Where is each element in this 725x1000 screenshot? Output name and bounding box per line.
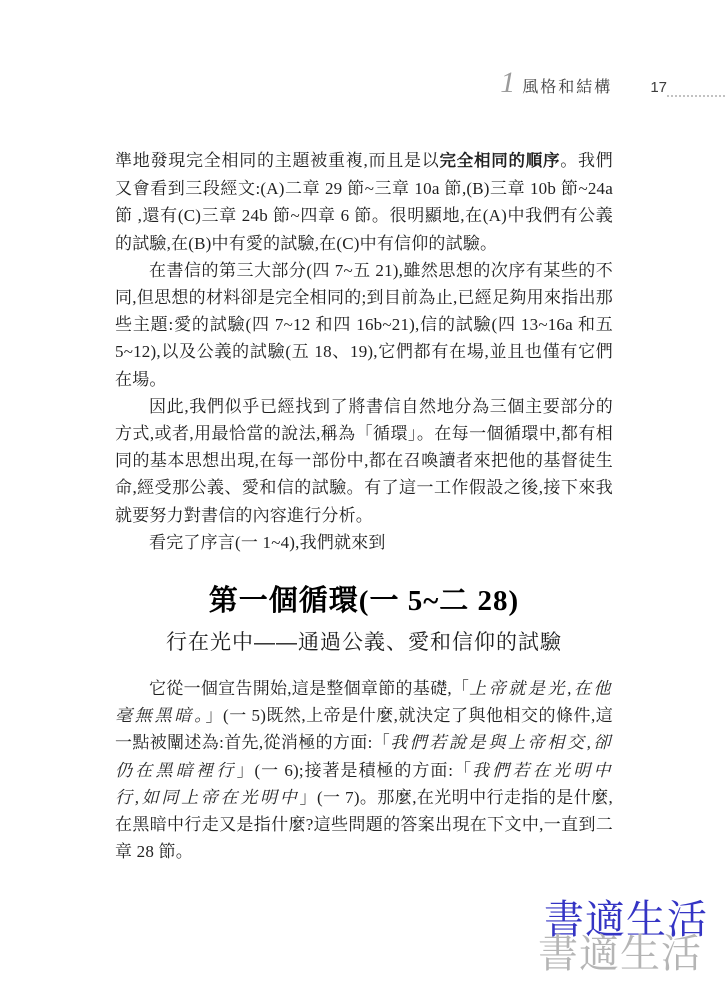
paragraphs-after-heading: 它從一個宣告開始,這是整個章節的基礎,「上帝就是光,在他毫無黑暗。」(一 5)既…	[115, 675, 613, 865]
paragraph: 準地發現完全相同的主題被重複,而且是以完全相同的順序。我們又會看到三段經文:(A…	[115, 147, 613, 257]
text-run: 看完了序言(一 1~4),我們就來到	[149, 533, 386, 552]
paragraphs-before-heading: 準地發現完全相同的主題被重複,而且是以完全相同的順序。我們又會看到三段經文:(A…	[115, 147, 613, 556]
watermark-secondary: 書適生活	[538, 935, 702, 973]
text-run: 準地發現完全相同的主題被重複,而且是以	[115, 151, 440, 170]
text-run: 因此,我們似乎已經找到了將書信自然地分為三個主要部分的方式,或者,用最恰當的說法…	[115, 397, 613, 525]
text-run: 在書信的第三大部分(四 7~五 21),雖然思想的次序有某些的不同,但思想的材料…	[115, 261, 613, 389]
section-heading: 第一個循環(一 5~二 28)	[115, 582, 613, 620]
paragraph: 在書信的第三大部分(四 7~五 21),雖然思想的次序有某些的不同,但思想的材料…	[115, 257, 613, 393]
section-subheading: 行在光中——通過公義、愛和信仰的試驗	[115, 628, 613, 658]
page-number: 17	[650, 79, 667, 96]
page-header: 1 風格和結構 17	[0, 68, 725, 98]
paragraph: 它從一個宣告開始,這是整個章節的基礎,「上帝就是光,在他毫無黑暗。」(一 5)既…	[115, 675, 613, 865]
text-run: 它從一個宣告開始,這是整個章節的基礎,「	[149, 679, 469, 698]
paragraph: 看完了序言(一 1~4),我們就來到	[115, 529, 613, 556]
chapter-title: 風格和結構	[522, 74, 612, 97]
chapter-number: 1	[500, 68, 515, 98]
body-text-column: 準地發現完全相同的主題被重複,而且是以完全相同的順序。我們又會看到三段經文:(A…	[115, 147, 613, 865]
text-run: 」(一 6);接著是積極的方面:「	[237, 761, 472, 780]
paragraph: 因此,我們似乎已經找到了將書信自然地分為三個主要部分的方式,或者,用最恰當的說法…	[115, 393, 613, 529]
book-page: 1 風格和結構 17 準地發現完全相同的主題被重複,而且是以完全相同的順序。我們…	[0, 0, 725, 1000]
bold-emphasis-run: 完全相同的順序	[440, 152, 561, 170]
dotted-leader-line	[667, 95, 725, 97]
